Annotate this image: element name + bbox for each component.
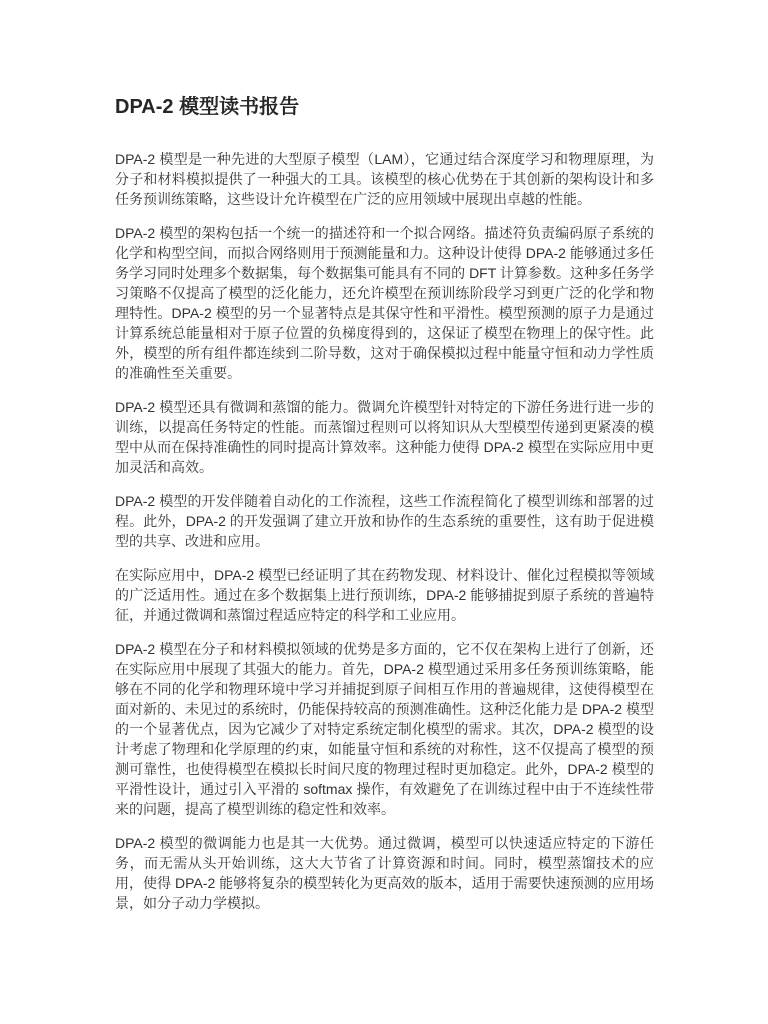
- document-page: DPA-2 模型读书报告 DPA-2 模型是一种先进的大型原子模型（LAM），它…: [0, 0, 768, 1024]
- paragraph-1: DPA-2 模型是一种先进的大型原子模型（LAM），它通过结合深度学习和物理原理…: [115, 149, 654, 209]
- document-title: DPA-2 模型读书报告: [115, 94, 654, 121]
- paragraph-5: 在实际应用中，DPA-2 模型已经证明了其在药物发现、材料设计、催化过程模拟等领…: [115, 565, 654, 625]
- paragraph-6: DPA-2 模型在分子和材料模拟领域的优势是多方面的，它不仅在架构上进行了创新，…: [115, 639, 654, 819]
- paragraph-3: DPA-2 模型还具有微调和蒸馏的能力。微调允许模型针对特定的下游任务进行进一步…: [115, 397, 654, 477]
- paragraph-4: DPA-2 模型的开发伴随着自动化的工作流程，这些工作流程简化了模型训练和部署的…: [115, 491, 654, 551]
- paragraph-2: DPA-2 模型的架构包括一个统一的描述符和一个拟合网络。描述符负责编码原子系统…: [115, 223, 654, 383]
- paragraph-7: DPA-2 模型的微调能力也是其一大优势。通过微调，模型可以快速适应特定的下游任…: [115, 833, 654, 913]
